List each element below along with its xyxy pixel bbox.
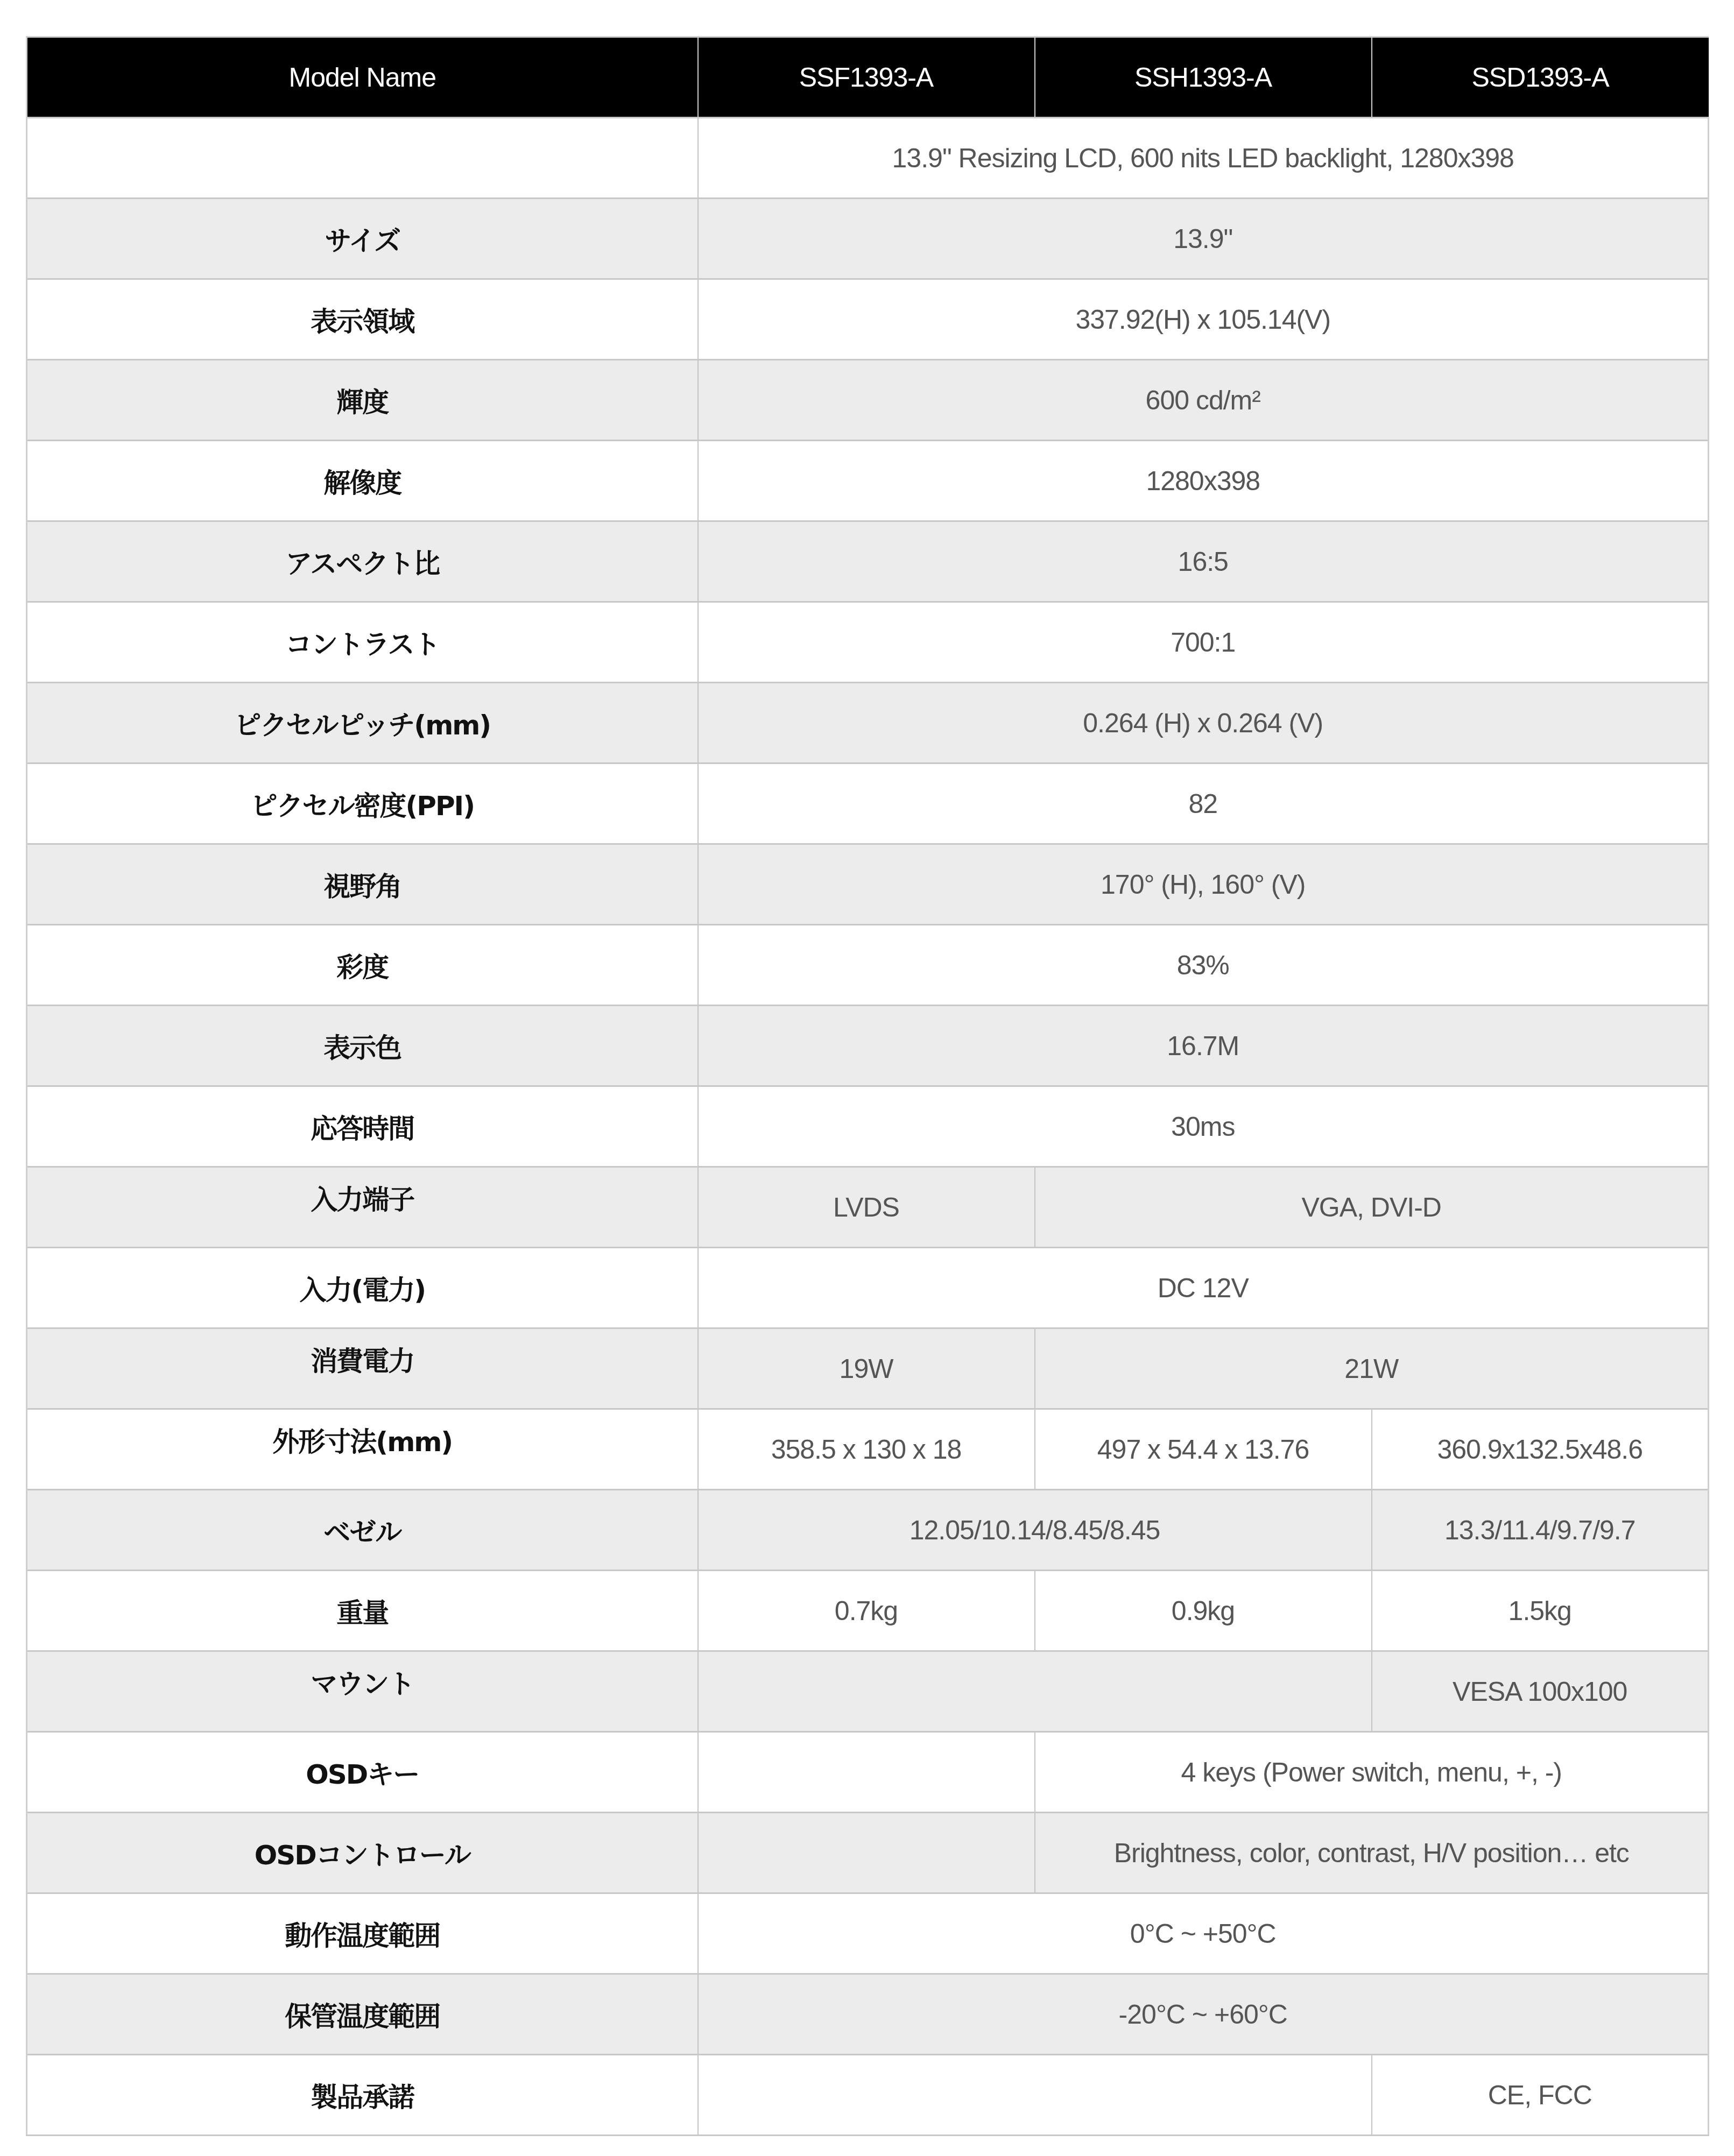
spec-label: 表示色 bbox=[27, 1006, 698, 1086]
spec-label-text: コントラスト bbox=[285, 629, 440, 660]
table-row: 彩度83% bbox=[27, 925, 1709, 1006]
spec-label-text: 輝度 bbox=[336, 387, 388, 418]
table-row: 13.9" Resizing LCD, 600 nits LED backlig… bbox=[27, 118, 1709, 199]
spec-value: 16:5 bbox=[698, 521, 1709, 602]
spec-value: 12.05/10.14/8.45/8.45 bbox=[698, 1490, 1372, 1571]
header-model-ssf1393a: SSF1393-A bbox=[698, 37, 1035, 118]
table-row: 保管温度範囲-20°C ~ +60°C bbox=[27, 1974, 1709, 2055]
header-model-ssd1393a: SSD1393-A bbox=[1372, 37, 1709, 118]
spec-value: VESA 100x100 bbox=[1372, 1651, 1709, 1732]
table-row: 製品承諾CE, FCC bbox=[27, 2055, 1709, 2136]
spec-label: アスペクト比 bbox=[27, 521, 698, 602]
spec-value: 83% bbox=[698, 925, 1709, 1006]
spec-label: 応答時間 bbox=[27, 1086, 698, 1167]
spec-value: -20°C ~ +60°C bbox=[698, 1974, 1709, 2055]
spec-label: 視野角 bbox=[27, 844, 698, 925]
spec-label-text: 入力端子 bbox=[311, 1184, 414, 1215]
spec-label-text: 表示領域 bbox=[311, 306, 414, 337]
spec-value: 13.9" bbox=[698, 199, 1709, 279]
spec-value bbox=[698, 1651, 1372, 1732]
spec-label-text: 応答時間 bbox=[311, 1113, 414, 1144]
spec-value bbox=[698, 1813, 1035, 1893]
table-row: 表示領域337.92(H) x 105.14(V) bbox=[27, 279, 1709, 360]
spec-label-text: 消費電力 bbox=[311, 1346, 414, 1377]
spec-value: 13.3/11.4/9.7/9.7 bbox=[1372, 1490, 1709, 1571]
table-row: 輝度600 cd/m² bbox=[27, 360, 1709, 441]
header-model-ssh1393a: SSH1393-A bbox=[1035, 37, 1372, 118]
spec-label: 外形寸法(mm) bbox=[27, 1409, 698, 1490]
table-row: 重量0.7kg0.9kg1.5kg bbox=[27, 1571, 1709, 1651]
spec-value: Brightness, color, contrast, H/V positio… bbox=[1035, 1813, 1709, 1893]
spec-label-text: 動作温度範囲 bbox=[285, 1920, 440, 1952]
spec-value: 170° (H), 160° (V) bbox=[698, 844, 1709, 925]
table-row: ピクセル密度(PPI)82 bbox=[27, 764, 1709, 844]
spec-label-text: 解像度 bbox=[323, 468, 401, 499]
spec-label-text: ベゼル bbox=[323, 1517, 401, 1548]
spec-label: マウント bbox=[27, 1651, 698, 1732]
spec-label-text: ピクセル密度(PPI) bbox=[250, 790, 474, 822]
table-row: OSDコントロールBrightness, color, contrast, H/… bbox=[27, 1813, 1709, 1893]
spec-label: OSDキー bbox=[27, 1732, 698, 1813]
spec-value: DC 12V bbox=[698, 1248, 1709, 1328]
header-model-name: Model Name bbox=[27, 37, 698, 118]
spec-value: 4 keys (Power switch, menu, +, -) bbox=[1035, 1732, 1709, 1813]
spec-value bbox=[698, 2055, 1372, 2136]
table-row: OSDキー4 keys (Power switch, menu, +, -) bbox=[27, 1732, 1709, 1813]
spec-value: 19W bbox=[698, 1328, 1035, 1409]
spec-label: 入力(電力) bbox=[27, 1248, 698, 1328]
spec-value: 600 cd/m² bbox=[698, 360, 1709, 441]
table-row: 消費電力19W21W bbox=[27, 1328, 1709, 1409]
spec-label: OSDコントロール bbox=[27, 1813, 698, 1893]
spec-label: 重量 bbox=[27, 1571, 698, 1651]
spec-label: 解像度 bbox=[27, 441, 698, 521]
table-row: 入力端子LVDSVGA, DVI-D bbox=[27, 1167, 1709, 1248]
spec-value: 0°C ~ +50°C bbox=[698, 1893, 1709, 1974]
spec-label: ピクセルピッチ(mm) bbox=[27, 683, 698, 764]
spec-value bbox=[698, 1732, 1035, 1813]
spec-value: 497 x 54.4 x 13.76 bbox=[1035, 1409, 1372, 1490]
spec-value: 1.5kg bbox=[1372, 1571, 1709, 1651]
table-row: マウントVESA 100x100 bbox=[27, 1651, 1709, 1732]
spec-value: CE, FCC bbox=[1372, 2055, 1709, 2136]
spec-label-text: アスペクト比 bbox=[285, 548, 439, 579]
spec-value: 0.7kg bbox=[698, 1571, 1035, 1651]
spec-label-text: ピクセルピッチ(mm) bbox=[234, 710, 490, 741]
table-row: 動作温度範囲0°C ~ +50°C bbox=[27, 1893, 1709, 1974]
spec-label: ベゼル bbox=[27, 1490, 698, 1571]
spec-value: 82 bbox=[698, 764, 1709, 844]
spec-value: 360.9x132.5x48.6 bbox=[1372, 1409, 1709, 1490]
spec-value: 21W bbox=[1035, 1328, 1709, 1409]
spec-label-text: OSDコントロール bbox=[255, 1840, 470, 1871]
table-row: ピクセルピッチ(mm)0.264 (H) x 0.264 (V) bbox=[27, 683, 1709, 764]
table-row: 入力(電力)DC 12V bbox=[27, 1248, 1709, 1328]
spec-label bbox=[27, 118, 698, 199]
spec-value: 358.5 x 130 x 18 bbox=[698, 1409, 1035, 1490]
spec-label: 表示領域 bbox=[27, 279, 698, 360]
spec-value: 0.9kg bbox=[1035, 1571, 1372, 1651]
spec-label-text: 外形寸法(mm) bbox=[272, 1426, 452, 1458]
spec-label: 製品承諾 bbox=[27, 2055, 698, 2136]
spec-value: LVDS bbox=[698, 1167, 1035, 1248]
spec-label: 輝度 bbox=[27, 360, 698, 441]
spec-body: 13.9" Resizing LCD, 600 nits LED backlig… bbox=[27, 118, 1709, 2136]
spec-value: VGA, DVI-D bbox=[1035, 1167, 1709, 1248]
spec-value: 700:1 bbox=[698, 602, 1709, 683]
spec-value: 16.7M bbox=[698, 1006, 1709, 1086]
spec-label: サイズ bbox=[27, 199, 698, 279]
spec-label: ピクセル密度(PPI) bbox=[27, 764, 698, 844]
spec-value: 0.264 (H) x 0.264 (V) bbox=[698, 683, 1709, 764]
spec-label-text: 入力(電力) bbox=[299, 1275, 425, 1306]
table-row: 解像度1280x398 bbox=[27, 441, 1709, 521]
spec-label-text: OSDキー bbox=[306, 1759, 419, 1790]
spec-label: 彩度 bbox=[27, 925, 698, 1006]
table-row: アスペクト比16:5 bbox=[27, 521, 1709, 602]
spec-label-text: 重量 bbox=[336, 1597, 388, 1629]
spec-label-text: マウント bbox=[311, 1669, 414, 1700]
spec-label: 動作温度範囲 bbox=[27, 1893, 698, 1974]
spec-label: 保管温度範囲 bbox=[27, 1974, 698, 2055]
table-row: 表示色16.7M bbox=[27, 1006, 1709, 1086]
table-row: ベゼル12.05/10.14/8.45/8.4513.3/11.4/9.7/9.… bbox=[27, 1490, 1709, 1571]
spec-label: コントラスト bbox=[27, 602, 698, 683]
spec-value: 337.92(H) x 105.14(V) bbox=[698, 279, 1709, 360]
table-row: 外形寸法(mm)358.5 x 130 x 18497 x 54.4 x 13.… bbox=[27, 1409, 1709, 1490]
spec-label-text: 視野角 bbox=[323, 871, 401, 902]
spec-value: 1280x398 bbox=[698, 441, 1709, 521]
spec-label-text: サイズ bbox=[325, 225, 400, 257]
header-row: Model Name SSF1393-A SSH1393-A SSD1393-A bbox=[27, 37, 1709, 118]
spec-label-text: 製品承諾 bbox=[311, 2082, 414, 2113]
spec-value: 13.9" Resizing LCD, 600 nits LED backlig… bbox=[698, 118, 1709, 199]
spec-label-text: 彩度 bbox=[336, 952, 388, 983]
table-row: 応答時間30ms bbox=[27, 1086, 1709, 1167]
table-row: コントラスト700:1 bbox=[27, 602, 1709, 683]
table-row: サイズ13.9" bbox=[27, 199, 1709, 279]
spec-label-text: 保管温度範囲 bbox=[285, 2001, 440, 2032]
spec-label-text: 表示色 bbox=[323, 1033, 401, 1064]
spec-label: 消費電力 bbox=[27, 1328, 698, 1409]
spec-label: 入力端子 bbox=[27, 1167, 698, 1248]
spec-value: 30ms bbox=[698, 1086, 1709, 1167]
spec-table: Model Name SSF1393-A SSH1393-A SSD1393-A… bbox=[26, 36, 1709, 2136]
table-row: 視野角170° (H), 160° (V) bbox=[27, 844, 1709, 925]
